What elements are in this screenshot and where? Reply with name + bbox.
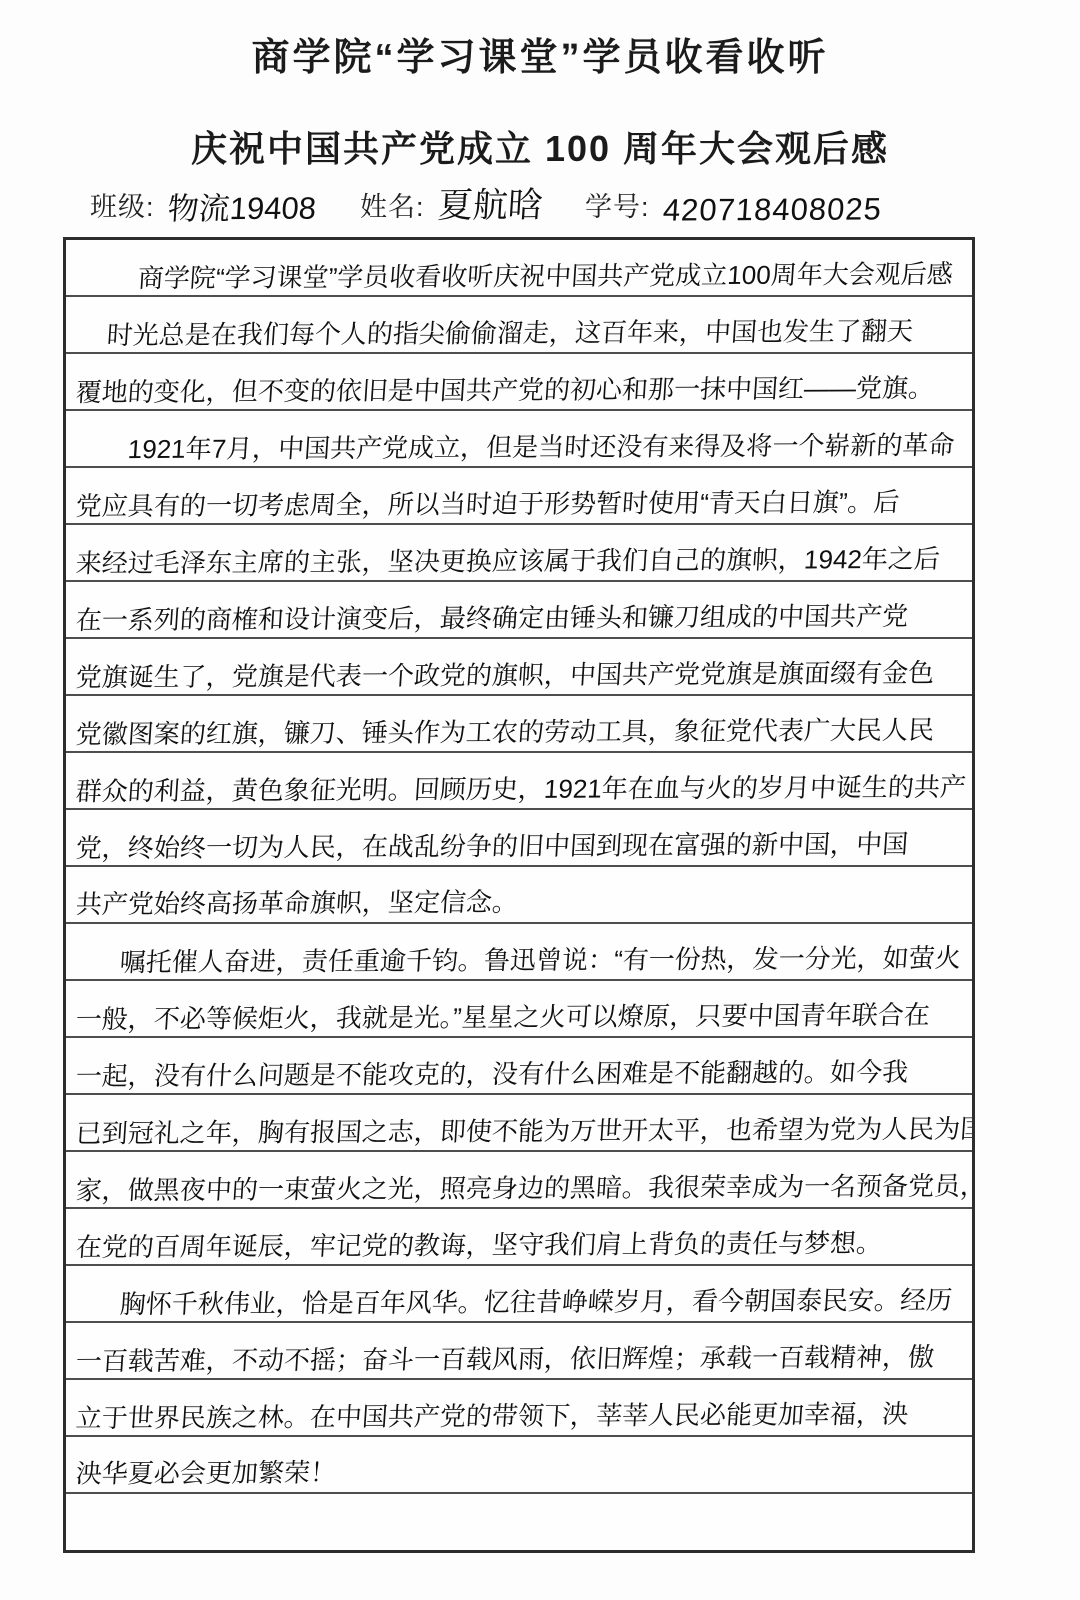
essay-line-text: 党应具有的一切考虑周全，所以当时迫于形势暂时使用“青天白日旗”。后 <box>75 485 901 522</box>
essay-line: 党，终始终一切为人民，在战乱纷争的旧中国到现在富强的新中国，中国 <box>66 810 972 867</box>
essay-line-text: 党旗诞生了，党旗是代表一个政党的旗帜，中国共产党党旗是旗面缀有金色 <box>75 656 935 693</box>
essay-lines: 商学院“学习课堂”学员收看收听庆祝中国共产党成立100周年大会观后感时光总是在我… <box>66 240 972 1494</box>
essay-line: 群众的利益，黄色象征光明。回顾历史，1921年在血与火的岁月中诞生的共产 <box>66 753 972 810</box>
essay-line: 来经过毛泽东主席的主张，坚决更换应该属于我们自己的旗帜，1942年之后 <box>66 525 972 582</box>
essay-line: 覆地的变化，但不变的依旧是中国共产党的初心和那一抹中国红——党旗。 <box>66 354 972 411</box>
essay-line: 在一系列的商榷和设计演变后，最终确定由锤头和镰刀组成的中国共产党 <box>66 582 972 639</box>
essay-line: 党徽图案的红旗，镰刀、锤头作为工农的劳动工具，象征党代表广大民人民 <box>66 696 972 753</box>
document-title-line1: 商学院“学习课堂”学员收看收听 <box>0 0 1080 81</box>
essay-line: 已到冠礼之年，胸有报国之志，即使不能为万世开太平，也希望为党为人民为国 <box>66 1095 972 1152</box>
essay-line-text: 家，做黑夜中的一束萤火之光，照亮身边的黑暗。我很荣幸成为一名预备党员， <box>75 1169 972 1206</box>
essay-line-text: 泱华夏必会更加繁荣！ <box>75 1456 337 1490</box>
essay-line-text: 群众的利益，黄色象征光明。回顾历史，1921年在血与火的岁月中诞生的共产 <box>75 770 967 807</box>
essay-line-text: 1921年7月，中国共产党成立，但是当时还没有来得及将一个崭新的革命 <box>127 428 956 465</box>
essay-line-text: 在一系列的商榷和设计演变后，最终确定由锤头和镰刀组成的中国共产党 <box>75 599 909 636</box>
essay-line: 1921年7月，中国共产党成立，但是当时还没有来得及将一个崭新的革命 <box>66 411 972 468</box>
essay-line-text: 一般，不必等候炬火，我就是光。”星星之火可以燎原，只要中国青年联合在 <box>75 998 931 1035</box>
essay-line: 一百载苦难，不动不摇；奋斗一百载风雨，依旧辉煌；承载一百载精神，傲 <box>66 1323 972 1380</box>
class-label: 班级: <box>90 185 155 224</box>
essay-line-text: 立于世界民族之林。在中国共产党的带领下，莘莘人民必能更加幸福，泱 <box>75 1397 909 1434</box>
student-id-label: 学号: <box>585 185 650 224</box>
essay-line: 立于世界民族之林。在中国共产党的带领下，莘莘人民必能更加幸福，泱 <box>66 1380 972 1437</box>
essay-line: 嘱托催人奋进，责任重逾千钧。鲁迅曾说：“有一份热，发一分光，如萤火 <box>66 924 972 981</box>
essay-line-text: 商学院“学习课堂”学员收看收听庆祝中国共产党成立100周年大会观后感 <box>137 257 954 294</box>
essay-line: 党旗诞生了，党旗是代表一个政党的旗帜，中国共产党党旗是旗面缀有金色 <box>66 639 972 696</box>
essay-line-text: 党徽图案的红旗，镰刀、锤头作为工农的劳动工具，象征党代表广大民人民 <box>75 713 935 750</box>
essay-line-text: 共产党始终高扬革命旗帜，坚定信念。 <box>75 885 519 920</box>
name-label: 姓名: <box>360 185 425 224</box>
scanned-essay-page: 商学院“学习课堂”学员收看收听 庆祝中国共产党成立 100 周年大会观后感 班级… <box>0 0 1080 1600</box>
essay-line: 一般，不必等候炬火，我就是光。”星星之火可以燎原，只要中国青年联合在 <box>66 981 972 1038</box>
essay-line-text: 党，终始终一切为人民，在战乱纷争的旧中国到现在富强的新中国，中国 <box>75 827 909 864</box>
essay-line-text: 已到冠礼之年，胸有报国之志，即使不能为万世开太平，也希望为党为人民为国 <box>75 1112 972 1149</box>
essay-line: 家，做黑夜中的一束萤火之光，照亮身边的黑暗。我很荣幸成为一名预备党员， <box>66 1152 972 1209</box>
essay-line: 一起，没有什么问题是不能攻克的，没有什么困难是不能翻越的。如今我 <box>66 1038 972 1095</box>
essay-line-text: 覆地的变化，但不变的依旧是中国共产党的初心和那一抹中国红——党旗。 <box>75 371 935 408</box>
essay-line: 时光总是在我们每个人的指尖偷偷溜走，这百年来，中国也发生了翻天 <box>66 297 972 354</box>
essay-line: 共产党始终高扬革命旗帜，坚定信念。 <box>66 867 972 924</box>
essay-line-text: 时光总是在我们每个人的指尖偷偷溜走，这百年来，中国也发生了翻天 <box>106 314 914 351</box>
essay-line: 泱华夏必会更加繁荣！ <box>66 1437 972 1494</box>
essay-line-text: 一起，没有什么问题是不能攻克的，没有什么困难是不能翻越的。如今我 <box>75 1055 909 1092</box>
student-info-row: 班级: 物流19408 姓名: 夏航晗 学号: 420718408025 <box>0 178 1080 230</box>
essay-line: 胸怀千秋伟业，恰是百年风华。忆往昔峥嵘岁月，看今朝国泰民安。经历 <box>66 1266 972 1323</box>
class-value: 物流19408 <box>167 183 318 229</box>
essay-line-text: 胸怀千秋伟业，恰是百年风华。忆往昔峥嵘岁月，看今朝国泰民安。经历 <box>119 1283 953 1320</box>
document-title-line2: 庆祝中国共产党成立 100 周年大会观后感 <box>0 121 1080 172</box>
name-value: 夏航晗 <box>436 178 544 229</box>
essay-line: 在党的百周年诞辰，牢记党的教诲，坚守我们肩上背负的责任与梦想。 <box>66 1209 972 1266</box>
essay-box: 商学院“学习课堂”学员收看收听庆祝中国共产党成立100周年大会观后感时光总是在我… <box>63 237 975 1553</box>
essay-line: 党应具有的一切考虑周全，所以当时迫于形势暂时使用“青天白日旗”。后 <box>66 468 972 525</box>
essay-line-text: 来经过毛泽东主席的主张，坚决更换应该属于我们自己的旗帜，1942年之后 <box>75 542 941 579</box>
essay-line-text: 一百载苦难，不动不摇；奋斗一百载风雨，依旧辉煌；承载一百载精神，傲 <box>75 1340 935 1377</box>
essay-line-text: 在党的百周年诞辰，牢记党的教诲，坚守我们肩上背负的责任与梦想。 <box>75 1226 883 1263</box>
student-id-value: 420718408025 <box>662 191 883 228</box>
essay-line: 商学院“学习课堂”学员收看收听庆祝中国共产党成立100周年大会观后感 <box>66 240 972 297</box>
essay-line-text: 嘱托催人奋进，责任重逾千钧。鲁迅曾说：“有一份热，发一分光，如萤火 <box>119 941 962 978</box>
